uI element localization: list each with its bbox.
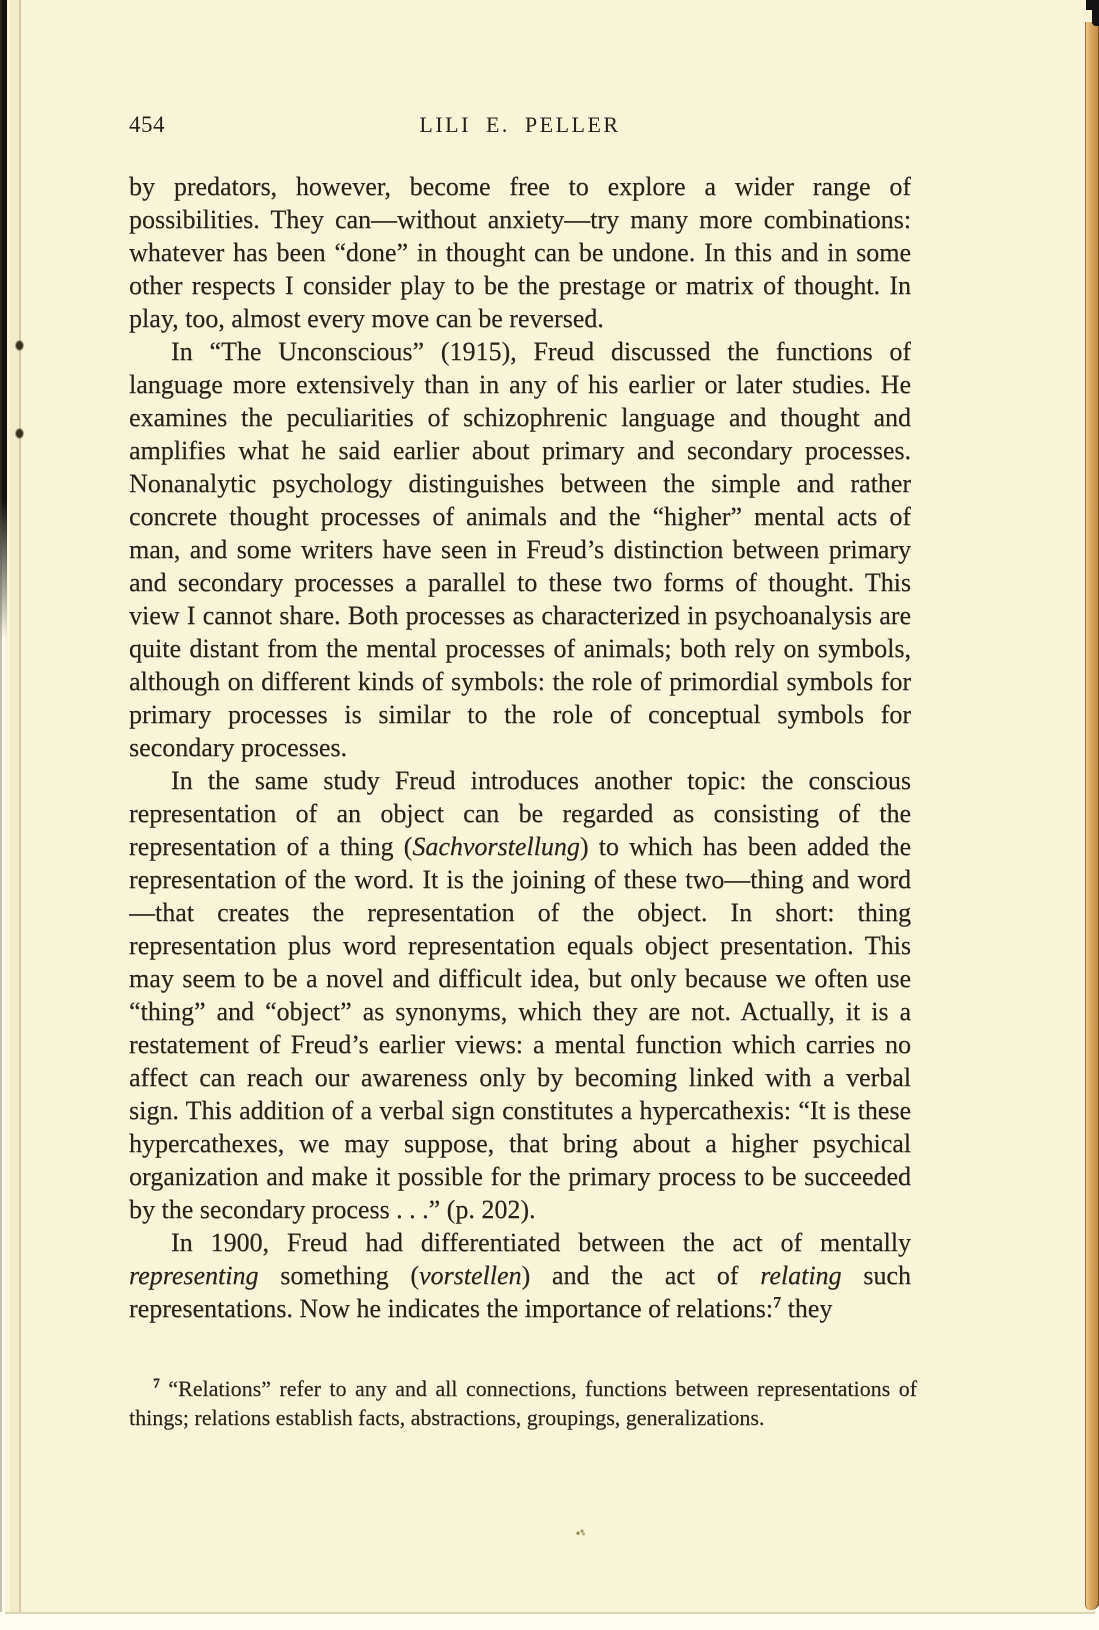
page-paper: 454 LILI E. PELLER by predators, however…	[5, 0, 1095, 1614]
page-header: 454 LILI E. PELLER	[129, 110, 911, 140]
paper-speck	[575, 1529, 585, 1536]
footnote: 7 “Relations” refer to any and all conne…	[129, 1374, 917, 1432]
page-left-crease-line	[19, 0, 21, 1612]
book-page-block-edge	[1085, 22, 1099, 1610]
binding-edge-line	[0, 0, 2, 1612]
paragraph-1: by predators, however, become free to ex…	[129, 170, 911, 335]
margin-ink-mark	[15, 428, 24, 439]
paragraph-4: In 1900, Freud had differentiated betwee…	[129, 1226, 911, 1325]
body-text-column: by predators, however, become free to ex…	[129, 170, 911, 1366]
running-head: LILI E. PELLER	[129, 112, 911, 138]
scanned-book-page: 454 LILI E. PELLER by predators, however…	[0, 0, 1099, 1630]
scan-corner-mark	[1092, 0, 1099, 26]
paragraph-2: In “The Unconscious” (1915), Freud discu…	[129, 335, 911, 764]
page-left-edge-band	[10, 0, 19, 1612]
paragraph-3: In the same study Freud introduces anoth…	[129, 764, 911, 1226]
margin-ink-mark	[15, 340, 24, 351]
